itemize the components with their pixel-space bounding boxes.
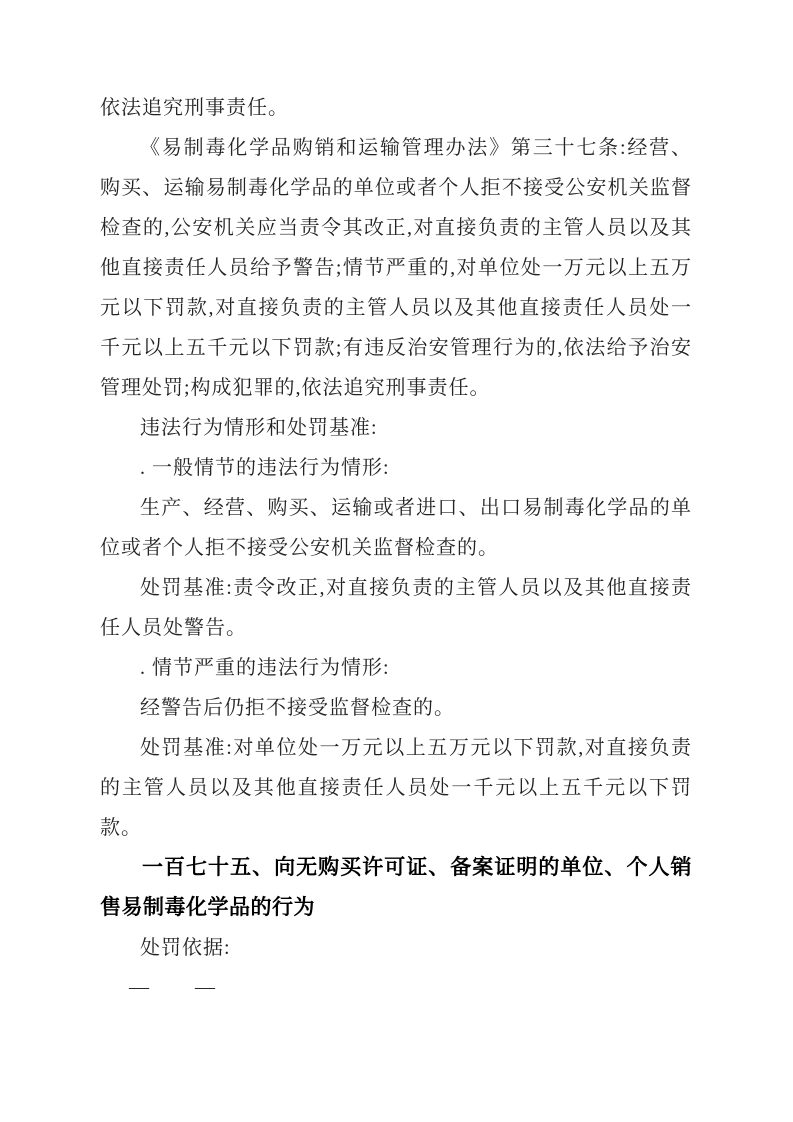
section-heading-175: 一百七十五、向无购买许可证、备案证明的单位、个人销售易制毒化学品的行为 [100,848,692,928]
paragraph-item-serious-label: . 情节严重的违法行为情形: [100,648,692,688]
paragraph-penalty-basis-label: 处罚依据: [100,928,692,968]
paragraph-continuation: 依法追究刑事责任。 [100,88,692,128]
document-text-block: 依法追究刑事责任。 《易制毒化学品购销和运输管理办法》第三十七条:经营、购买、运… [100,88,692,968]
paragraph-penalty-general: 处罚基准:责令改正,对直接负责的主管人员以及其他直接责任人员处警告。 [100,568,692,648]
document-page: 依法追究刑事责任。 《易制毒化学品购销和运输管理办法》第三十七条:经营、购买、运… [0,0,793,1122]
page-number-right-dash: — [195,967,215,1007]
paragraph-violation-serious: 经警告后仍拒不接受监督检查的。 [100,688,692,728]
paragraph-subsection-label: 违法行为情形和处罚基准: [100,408,692,448]
paragraph-law-citation: 《易制毒化学品购销和运输管理办法》第三十七条:经营、购买、运输易制毒化学品的单位… [100,128,692,408]
page-number-left-dash: — [129,967,149,1007]
paragraph-item-general-label: . 一般情节的违法行为情形: [100,448,692,488]
paragraph-violation-general: 生产、经营、购买、运输或者进口、出口易制毒化学品的单位或者个人拒不接受公安机关监… [100,488,692,568]
paragraph-penalty-serious: 处罚基准:对单位处一万元以上五万元以下罚款,对直接负责的主管人员以及其他直接责任… [100,728,692,848]
page-number-dashes: —— [129,967,215,1007]
